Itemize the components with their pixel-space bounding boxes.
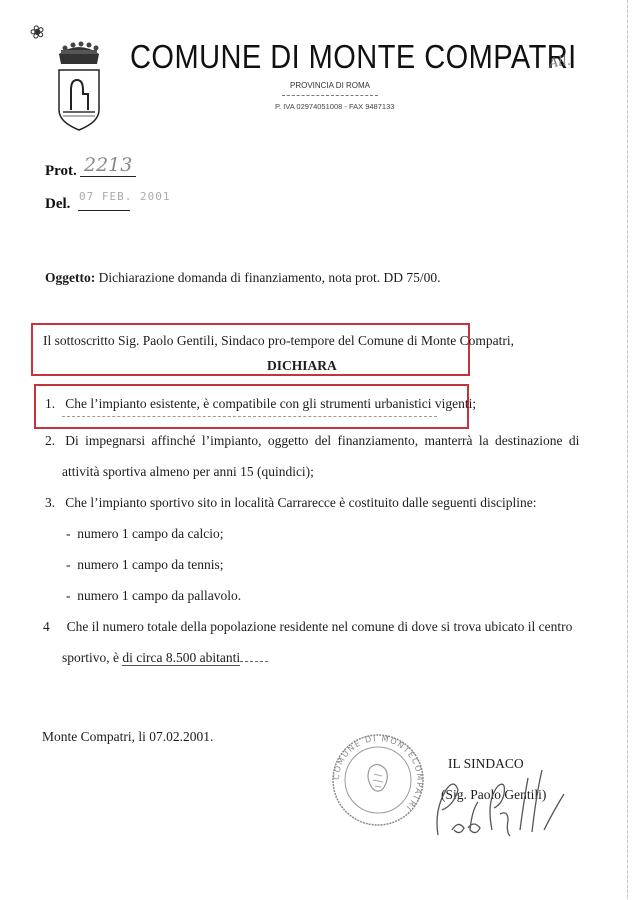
list-item-4: 4 Che il numero totale della popolazione… <box>43 619 572 635</box>
del-label: Del. <box>45 196 70 213</box>
sub-item: - numero 1 campo da pallavolo. <box>66 588 241 604</box>
official-seal-icon: COMUNE DI MONTECOMPATRI <box>330 732 426 828</box>
prot-label: Prot. <box>45 163 77 180</box>
item-number: 2. <box>45 433 55 448</box>
item-number: 1. <box>45 396 55 411</box>
item-number: 3. <box>45 495 55 510</box>
highlight-box-intro <box>31 323 470 376</box>
list-item-3: 3. Che l’impianto sportivo sito in local… <box>45 495 537 511</box>
province-label: PROVINCIA DI ROMA <box>290 81 370 90</box>
header-divider <box>282 95 378 96</box>
municipality-title: COMUNE DI MONTE COMPATRI <box>130 38 577 76</box>
subject-label: Oggetto: <box>45 270 95 285</box>
fill-line <box>240 661 268 662</box>
subject-line: Oggetto: Dichiarazione domanda di finanz… <box>45 270 441 286</box>
scan-page-edge <box>627 0 628 900</box>
del-date-stamp: 07 FEB. 2001 <box>79 190 170 203</box>
item-text: Che il numero totale della popolazione r… <box>67 619 573 634</box>
handwritten-attachment-note: All. <box>548 54 572 72</box>
list-item-2-continued: attività sportiva almeno per anni 15 (qu… <box>62 464 314 480</box>
list-item-1: 1. Che l’impianto esistente, è compatibi… <box>45 396 476 412</box>
municipal-crest-icon <box>55 38 103 133</box>
item-1-underline <box>62 416 437 417</box>
vat-fax-line: P. IVA 02974051008 - FAX 9487133 <box>275 102 394 111</box>
sub-item-text: numero 1 campo da calcio; <box>77 526 223 541</box>
list-item-4-continued: sportivo, è di circa 8.500 abitanti <box>62 650 268 666</box>
sub-item: - numero 1 campo da calcio; <box>66 526 223 542</box>
handwritten-signature-icon <box>424 750 574 845</box>
intro-text: Il sottoscritto Sig. Paolo Gentili, Sind… <box>43 333 514 349</box>
item-text: sportivo, è <box>62 650 122 665</box>
item-text: Che l’impianto esistente, è compatibile … <box>65 396 476 411</box>
list-item-2: 2. Di impegnarsi affinché l’impianto, og… <box>45 433 579 449</box>
subject-text: Dichiarazione domanda di finanziamento, … <box>99 270 441 285</box>
del-underline <box>78 210 130 211</box>
item-number: 4 <box>43 619 50 634</box>
population-value: di circa 8.500 abitanti <box>122 650 240 666</box>
place-date: Monte Compatri, li 07.02.2001. <box>42 729 213 745</box>
prot-number: 2213 <box>80 154 136 177</box>
item-text: Che l’impianto sportivo sito in località… <box>65 495 536 510</box>
declares-heading: DICHIARA <box>267 358 337 374</box>
item-text: Di impegnarsi affinché l’impianto, ogget… <box>65 433 579 448</box>
sub-item-text: numero 1 campo da tennis; <box>77 557 223 572</box>
sub-item-text: numero 1 campo da pallavolo. <box>77 588 241 603</box>
scan-artifact-mark: ❀ <box>28 20 48 44</box>
sub-item: - numero 1 campo da tennis; <box>66 557 223 573</box>
